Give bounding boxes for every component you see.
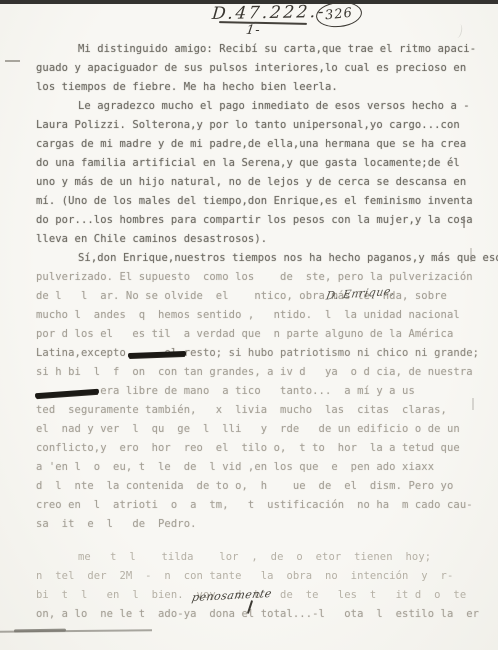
scan-artifact [472,398,474,410]
typed-line: a 'en l o eu, t le de l vid ,en los que … [36,458,498,477]
typed-letter-body: Mi distinguido amigo: Recibí su carta,qu… [0,40,498,624]
typed-line: pulverizado. El supuesto como los de ste… [36,268,498,287]
typed-line: si h bi l f on con tan grandes, a iv d y… [36,363,498,382]
typed-line: lleva en Chile caminos desastrosos). [36,230,498,249]
typed-line: Latina,excepto el resto; si hubo patriot… [36,344,498,363]
typed-line: los tiempos de fiebre. Me ha hecho bien … [36,78,498,97]
scan-artifact [470,248,472,262]
typed-line: on, a lo ne le t ado-ya dona el total...… [36,605,498,624]
scan-artifact [454,23,464,38]
typed-line: mucho l andes q hemos sentido , ntido. l… [36,306,498,325]
sheet-number-handwritten: 1- [245,23,262,38]
margin-dash-mark [5,60,20,62]
typed-line: creo en l atrioti o a tm, t ustificación… [36,496,498,515]
typed-line: de l l ar. No se olvide el ntico, obra m… [36,287,498,306]
typed-line: d l nte la contenida de to o, h ue de el… [36,477,498,496]
typed-line: mí. (Uno de los males del tiempo,don Enr… [36,192,498,211]
typed-line: Le agradezco mucho el pago inmediato de … [36,97,498,116]
typed-line: do una familia artificial en la Serena,y… [36,154,498,173]
scan-artifact [463,216,465,228]
typed-line: n tel der 2M - n con tante la obra no in… [36,567,498,586]
typed-line: Mi distinguido amigo: Recibí su carta,qu… [36,40,498,59]
typed-line: cargas de mi madre y de mi padre,de ella… [36,135,498,154]
typed-line: era libre de mano a tico tanto... a mí y… [36,382,498,401]
typed-line: uno y más de un hijo natural, no de lejo… [36,173,498,192]
scanned-letter-page: D.47.222.- 326 1- Mi distinguido amigo: … [0,0,498,650]
typed-line: me t l tilda lor , de o etor tienen hoy; [36,548,498,567]
typed-line: ted seguramente también, x livia mucho l… [36,401,498,420]
typed-line: Laura Polizzi. Solterona,y por lo tanto … [36,116,498,135]
typed-line: sa it e l de Pedro. [36,515,498,534]
typed-line: por d los el es til a verdad que n parte… [36,325,498,344]
typed-line: conflicto,y ero hor reo el tilo o, t to … [36,439,498,458]
typed-line: guado y apaciguador de sus pulsos interi… [36,59,498,78]
circled-page-ref-text: 326 [324,6,353,24]
typed-line: Sí,don Enrique,nuestros tiempos nos ha h… [36,249,498,268]
typed-line: el nad y ver l qu ge l lli y rde de un e… [36,420,498,439]
typed-line: do por...los hombres para compartir los … [36,211,498,230]
